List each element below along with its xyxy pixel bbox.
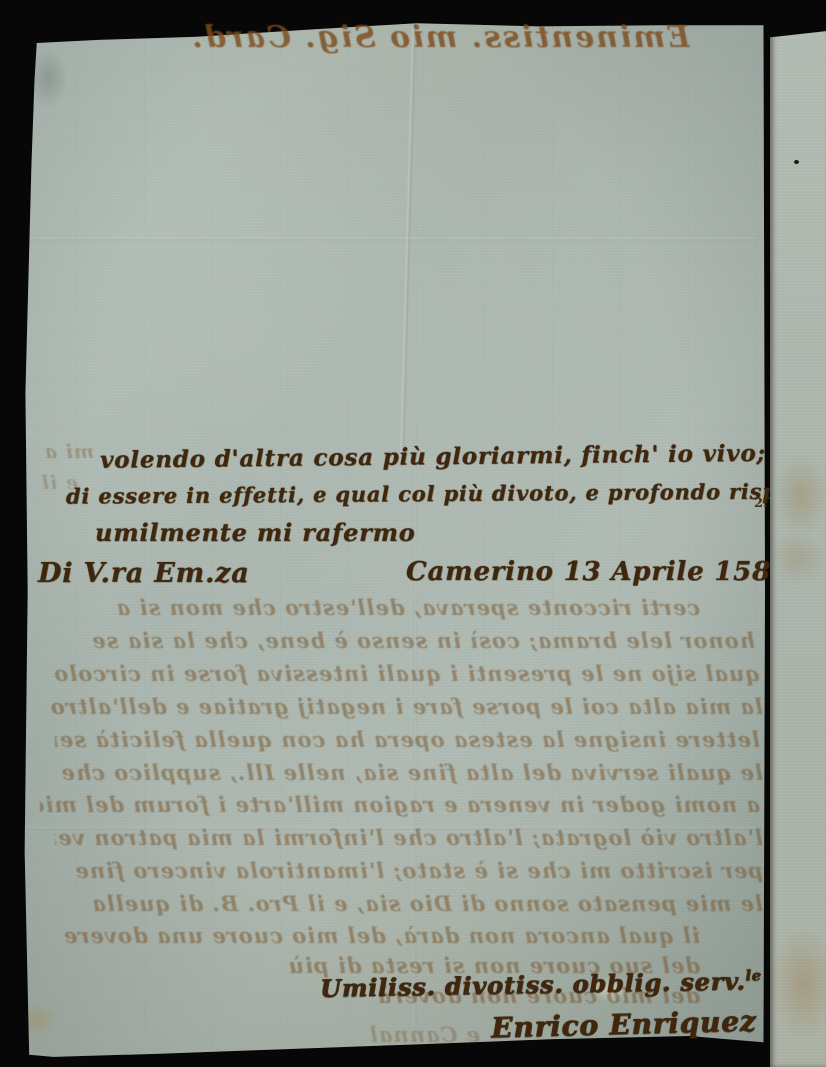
letter-body-line-3: umilmente mi rafermo [95, 518, 416, 547]
paper-stain [14, 1003, 60, 1037]
adjacent-page-edge [770, 28, 826, 1067]
bleedthrough-line: qual sijo ne le presenti i quali intessi… [55, 661, 760, 686]
scan-background: Eminentiss. mio Sig. Card. Patronj. mi a… [0, 0, 826, 1067]
bleedthrough-line: lettere insigne la estesa opera ha con q… [55, 727, 760, 752]
signature: Enrico Enriquez [490, 1005, 756, 1045]
bleedthrough-line: le mie pensato sonno di Dio sia, e il Pr… [55, 891, 763, 916]
bleedthrough-line: certi ricconte sperava, dell'estro che m… [60, 595, 700, 620]
ink-speck [794, 160, 799, 164]
bleedthrough-line: honor lele brama; così in senso è bene, … [55, 628, 755, 653]
bleedthrough-address-line: Eminentiss. mio Sig. Card. Patronj. [185, 20, 690, 55]
bleedthrough-line: l'altro viò lograta; l'altro che l'infor… [55, 825, 763, 850]
folio-number: 2. [754, 496, 768, 511]
dateline-sender-formula: Di V.ra Em.za [38, 558, 250, 589]
bleedthrough-line: le quali serviva del alta fine sia, nell… [55, 760, 763, 785]
vertical-fold-crease [400, 24, 416, 462]
dateline-place-date: Camerino 13 Aprile 1580 [406, 557, 790, 587]
bleedthrough-line: la mia alta coi le porse fare i negatij … [50, 694, 763, 719]
bleedthrough-line: e Cannal [320, 1022, 480, 1047]
bleedthrough-line: per iscritto mi che si è stato; l'imanti… [55, 858, 763, 883]
bleedthrough-fragment: mi a [28, 441, 94, 463]
closing-formula-superscript: le [745, 967, 762, 984]
horizontal-fold-crease [16, 237, 758, 241]
bleedthrough-line: a nomi goder in venera e ragion mill'art… [40, 792, 760, 817]
bleedthrough-line: il qual ancora non darà, del mio cuore u… [60, 923, 700, 948]
corner-curl-shadow [28, 48, 68, 108]
letter-body-line-2: di essere in effetti, e qual col più div… [66, 478, 826, 508]
